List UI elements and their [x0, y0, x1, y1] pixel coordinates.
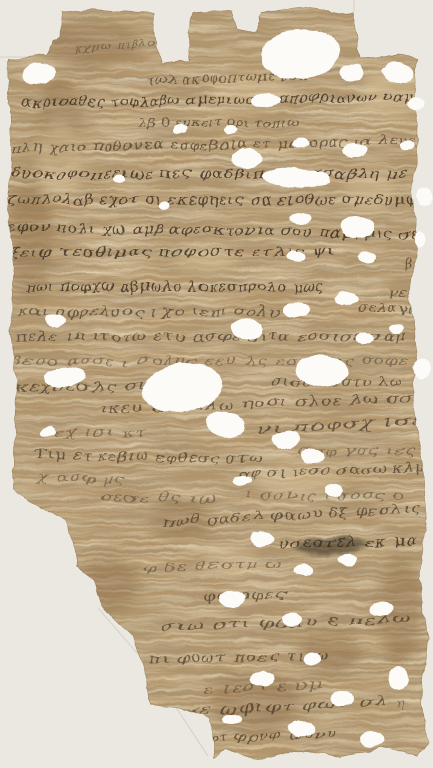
- hole: [370, 602, 394, 616]
- hole: [230, 149, 262, 167]
- hole: [250, 671, 274, 687]
- manuscript-line: πελε ιπ ιτοτω ετυ ασφε σιτα εσσισε σαμ: [14, 330, 407, 345]
- hole: [233, 475, 251, 485]
- hole: [301, 449, 323, 463]
- manuscript-line: τεχ ισι κτ: [42, 425, 147, 439]
- hole: [414, 232, 426, 248]
- manuscript-line: πωι ποφχω αβμωλο λοκεσπρολο μως: [24, 280, 325, 295]
- hole: [417, 186, 431, 206]
- hole: [355, 333, 375, 345]
- hole: [223, 127, 237, 135]
- hole: [289, 721, 315, 737]
- hole: [330, 691, 354, 707]
- manuscript-line: φωφφες: [203, 587, 289, 605]
- hole: [344, 143, 368, 157]
- hole: [388, 324, 404, 334]
- hole: [337, 554, 357, 566]
- hole: [289, 212, 311, 224]
- manuscript-line: χ ασφ μς: [36, 470, 126, 488]
- hole: [407, 96, 425, 110]
- manuscript-line: δυοκοφομεειωε πες φαδβιπ ωσυσσαβλη με: [10, 167, 408, 182]
- hole: [302, 653, 322, 665]
- hole: [39, 426, 55, 436]
- manuscript-line: β: [404, 257, 413, 271]
- manuscript-line: ζωπλολαβ εχοτ σι εκεφηεις σα ειοθωε σμεδ…: [8, 193, 426, 208]
- hole: [388, 666, 408, 690]
- manuscript-line: η: [398, 697, 406, 711]
- hole: [44, 314, 66, 326]
- hole: [114, 176, 126, 184]
- hole: [399, 141, 415, 151]
- hole: [282, 302, 310, 318]
- hole: [358, 251, 378, 263]
- hole: [360, 732, 384, 746]
- hole: [159, 201, 171, 209]
- manuscript-line: βεσο ασσε ι σολυς εευ λς εσοστις σοφε: [10, 354, 410, 368]
- hole: [340, 64, 364, 82]
- papyrus-image: κχμω πτβλοτε τωλ ακοφοπτωμε νοκ ακριοαθε…: [0, 0, 433, 768]
- hole: [250, 532, 274, 546]
- hole: [333, 292, 357, 306]
- hole: [413, 359, 429, 379]
- manuscript-line: λβ θ εμκειτ ορι τοπιω: [137, 116, 298, 130]
- hole: [223, 713, 243, 725]
- hole: [282, 613, 302, 625]
- papyrus-photo: κχμω πτβλοτε τωλ ακοφοπτωμε νοκ ακριοαθε…: [0, 0, 433, 768]
- hole: [172, 124, 188, 134]
- manuscript-line: σεσε θς ιω: [98, 491, 216, 505]
- hole: [285, 251, 305, 261]
- hole: [291, 138, 309, 148]
- hole: [324, 484, 344, 496]
- hole: [293, 565, 313, 577]
